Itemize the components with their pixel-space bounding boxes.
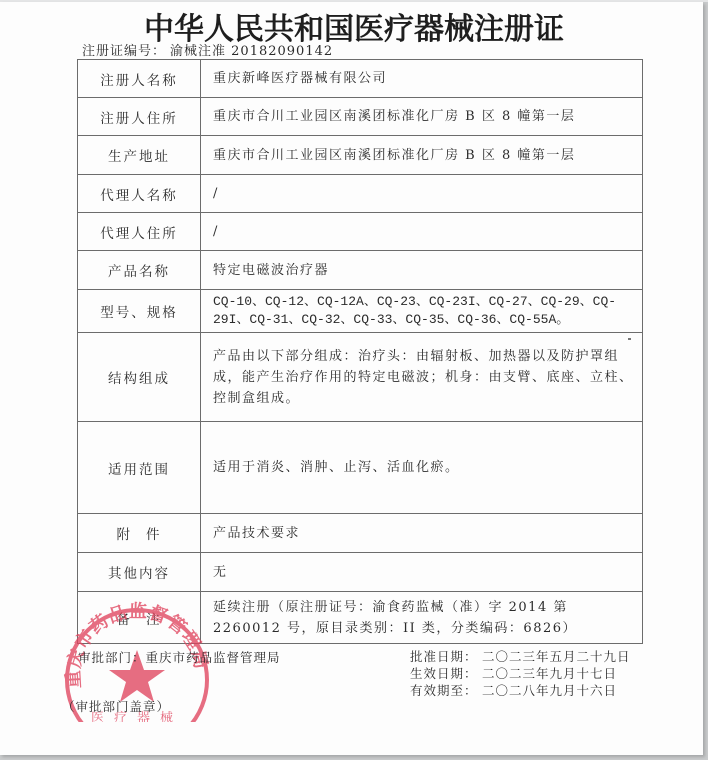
table-row: 代理人名称 / [78, 175, 643, 213]
registration-table: 注册人名称 重庆新峰医疗器械有限公司 注册人住所 重庆市合川工业园区南溪团标准化… [77, 59, 643, 644]
approval-department-value: 重庆市药品监督管理局 [146, 650, 281, 665]
row-value: 重庆市合川工业园区南溪团标准化厂房 B 区 8 幢第一层 [201, 98, 643, 136]
approval-date: 批准日期：二〇二三年五月二十九日 [410, 648, 631, 665]
date-value: 二〇二八年九月十六日 [482, 683, 617, 698]
row-value: 无 [201, 553, 643, 592]
row-label: 生产地址 [78, 136, 201, 175]
page-bottom-margin [0, 722, 703, 753]
date-value: 二〇二三年九月十七日 [482, 666, 617, 681]
date-block: 批准日期：二〇二三年五月二十九日 生效日期：二〇二三年九月十七日 有效期至：二〇… [410, 648, 631, 699]
row-value: 适用于消炎、消肿、止泻、活血化瘀。 [201, 422, 643, 514]
row-value: CQ-10、CQ-12、CQ-12A、CQ-23、CQ-23I、CQ-27、CQ… [201, 290, 643, 333]
row-value: 产品由以下部分组成：治疗头：由辐射板、加热器以及防护罩组成，能产生治疗作用的特定… [201, 333, 643, 422]
table-row: 结构组成 产品由以下部分组成：治疗头：由辐射板、加热器以及防护罩组成，能产生治疗… [78, 333, 643, 422]
row-value: 产品技术要求 [201, 514, 643, 553]
row-value: 延续注册（原注册证号：渝食药监械（准）字 2014 第 2260012 号，原目… [201, 592, 643, 644]
approval-department-label: 审批部门： [78, 650, 146, 665]
table-row: 其他内容 无 [78, 553, 643, 592]
date-label: 有效期至： [410, 682, 482, 699]
table-row: 适用范围 适用于消炎、消肿、止泻、活血化瘀。 [78, 422, 643, 514]
row-value: / [201, 213, 643, 251]
row-label: 注册人名称 [78, 60, 201, 98]
date-value: 二〇二三年五月二十九日 [482, 649, 631, 664]
table-row: 代理人住所 / [78, 213, 643, 251]
row-label: 结构组成 [78, 333, 201, 422]
row-value: 重庆市合川工业园区南溪团标准化厂房 B 区 8 幢第一层 [201, 136, 643, 175]
row-label: 附件 [78, 514, 201, 553]
row-label: 代理人名称 [78, 175, 201, 213]
row-label: 适用范围 [78, 422, 201, 514]
table-row: 附件 产品技术要求 [78, 514, 643, 553]
expiry-date: 有效期至：二〇二八年九月十六日 [410, 682, 631, 699]
certificate-number-value: 渝械注准 20182090142 [170, 44, 333, 59]
table-row: 注册人住所 重庆市合川工业园区南溪团标准化厂房 B 区 8 幢第一层 [78, 98, 643, 136]
table-row: 生产地址 重庆市合川工业园区南溪团标准化厂房 B 区 8 幢第一层 [78, 136, 643, 175]
effective-date: 生效日期：二〇二三年九月十七日 [410, 665, 631, 682]
row-label: 型号、规格 [78, 290, 201, 333]
table-row: 注册人名称 重庆新峰医疗器械有限公司 [78, 60, 643, 98]
row-value: 特定电磁波治疗器 [201, 251, 643, 290]
seal-note: （审批部门盖章） [62, 697, 170, 715]
table-row: 备注 延续注册（原注册证号：渝食药监械（准）字 2014 第 2260012 号… [78, 592, 643, 644]
certificate-number: 注册证编号：渝械注准 20182090142 [82, 40, 333, 59]
row-label: 其他内容 [78, 553, 201, 592]
row-label: 备注 [78, 592, 201, 644]
approval-department: 审批部门：重庆市药品监督管理局 [78, 648, 281, 666]
table-row: 产品名称 特定电磁波治疗器 [78, 251, 643, 290]
date-label: 生效日期： [410, 665, 482, 682]
row-label: 注册人住所 [78, 98, 201, 136]
row-value: / [201, 175, 643, 213]
row-value: 重庆新峰医疗器械有限公司 [201, 60, 643, 98]
table-row: 型号、规格 CQ-10、CQ-12、CQ-12A、CQ-23、CQ-23I、CQ… [78, 290, 643, 333]
date-label: 批准日期： [410, 648, 482, 665]
row-label: 产品名称 [78, 251, 201, 290]
row-label: 代理人住所 [78, 213, 201, 251]
certificate-number-label: 注册证编号： [82, 44, 166, 59]
